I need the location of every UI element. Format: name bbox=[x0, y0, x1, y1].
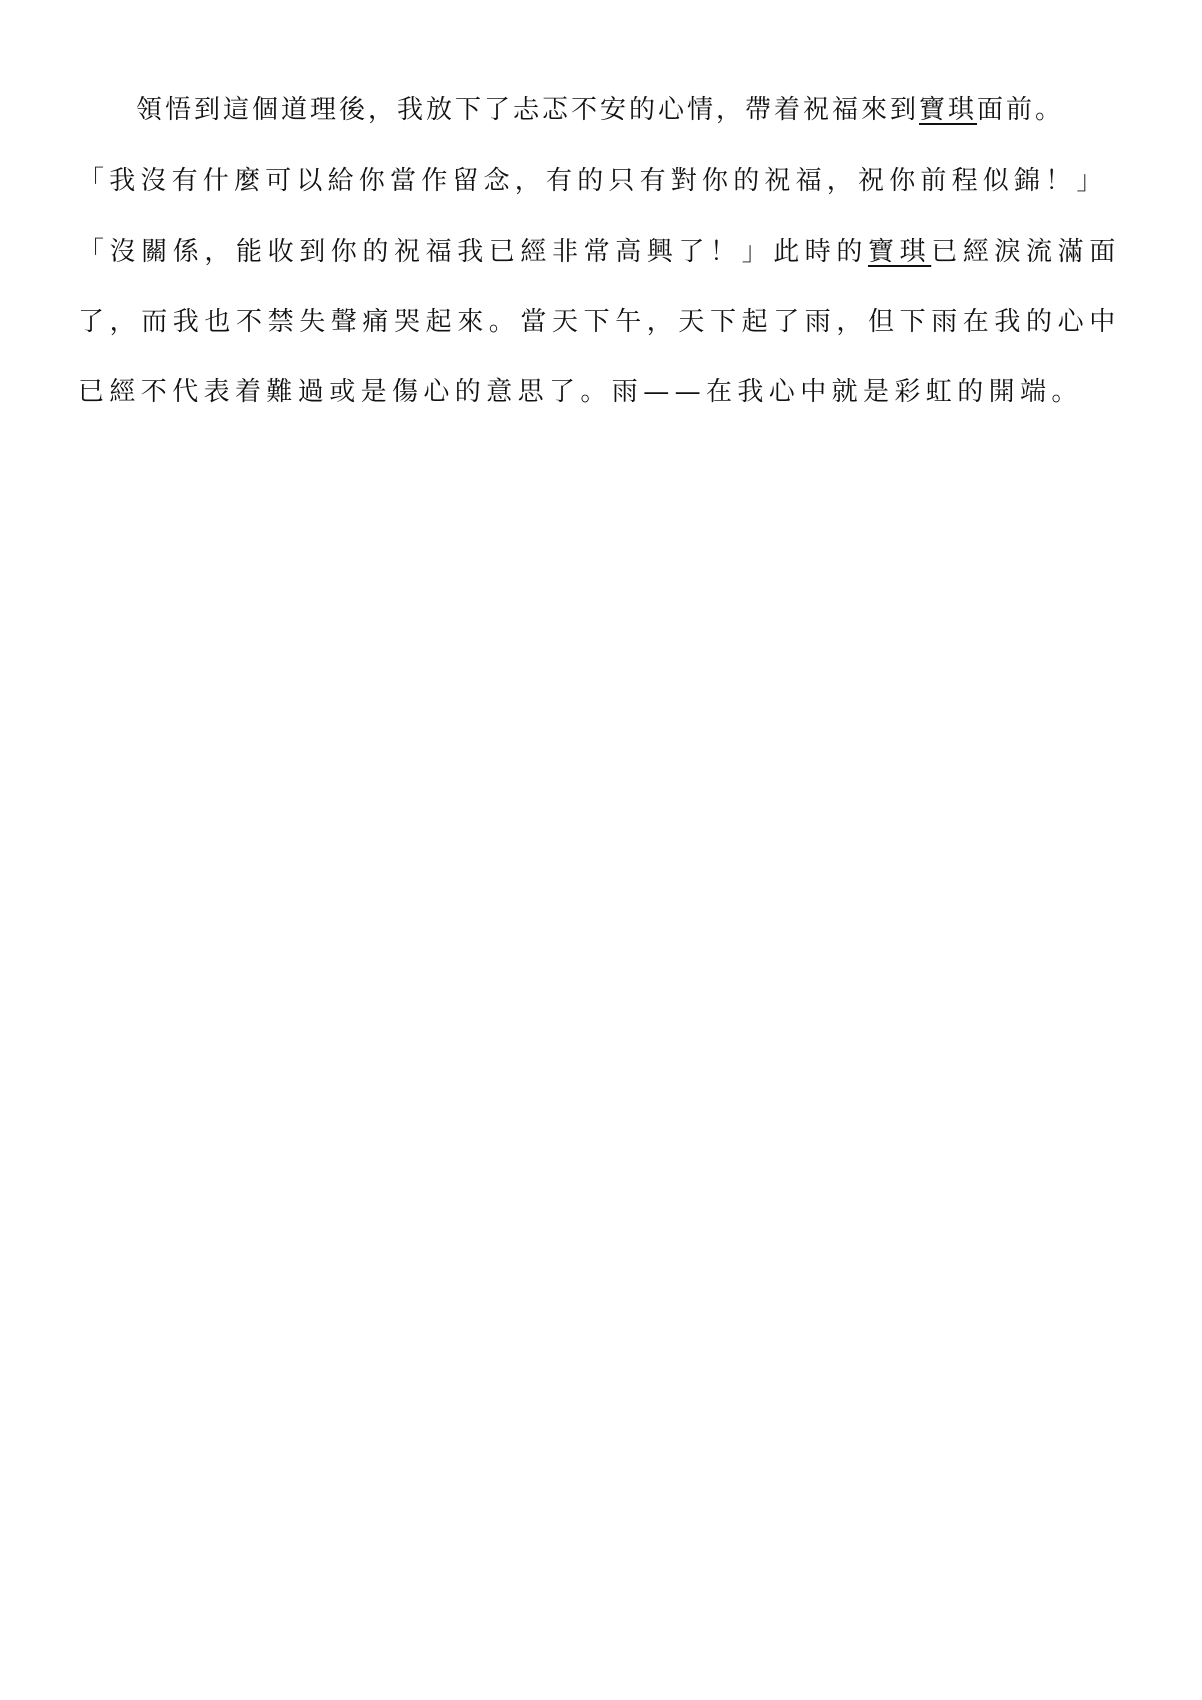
text-segment: 面前。 bbox=[977, 95, 1064, 125]
text-segment: 「沒關係，能收到你的祝福我已經非常高興了！」此時的 bbox=[78, 237, 868, 267]
underlined-name: 寶琪 bbox=[868, 237, 931, 267]
text-segment: 了，而我也不禁失聲痛哭起來。當天下午，天下起了雨，但下雨在我的心中 bbox=[78, 307, 1121, 337]
text-line-1: 領悟到這個道理後，我放下了忐忑不安的心情，帶着祝福來到寶琪面前。 bbox=[136, 93, 1196, 127]
text-segment: 已經淚流滿面 bbox=[931, 237, 1121, 267]
text-line-4: 了，而我也不禁失聲痛哭起來。當天下午，天下起了雨，但下雨在我的心中 bbox=[78, 305, 1138, 339]
text-segment: 已經不代表着難過或是傷心的意思了。雨——在我心中就是彩虹的開端。 bbox=[78, 377, 1083, 407]
document-page: 領悟到這個道理後，我放下了忐忑不安的心情，帶着祝福來到寶琪面前。 「我沒有什麼可… bbox=[0, 0, 1202, 1700]
text-line-2: 「我沒有什麼可以給你當作留念，有的只有對你的祝福，祝你前程似錦！」 bbox=[78, 164, 1138, 198]
text-line-3: 「沒關係，能收到你的祝福我已經非常高興了！」此時的寶琪已經淚流滿面 bbox=[78, 235, 1138, 269]
underlined-name: 寶琪 bbox=[919, 95, 977, 125]
text-segment: 「我沒有什麼可以給你當作留念，有的只有對你的祝福，祝你前程似錦！」 bbox=[78, 166, 1108, 196]
text-segment: 領悟到這個道理後，我放下了忐忑不安的心情，帶着祝福來到 bbox=[136, 95, 919, 125]
text-line-5: 已經不代表着難過或是傷心的意思了。雨——在我心中就是彩虹的開端。 bbox=[78, 375, 1138, 409]
